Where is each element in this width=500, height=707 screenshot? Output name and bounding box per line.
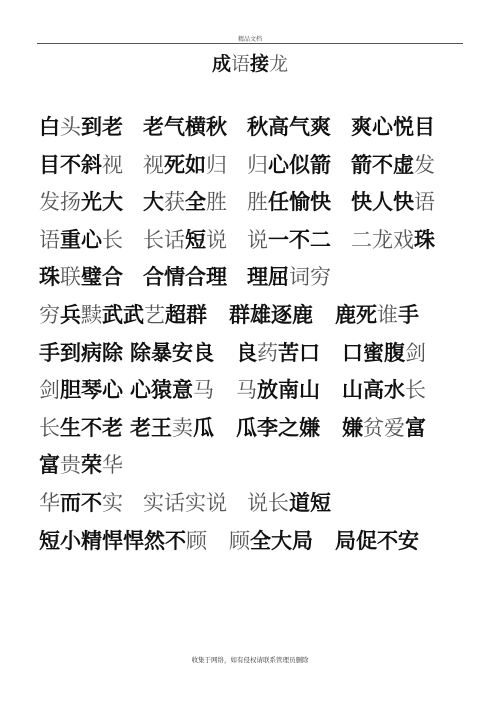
idiom: 视死如归 — [143, 153, 227, 177]
idiom: 合情合理 — [143, 265, 227, 289]
idiom-segment: 大 — [143, 190, 164, 214]
idiom-segment: 山高水 — [342, 378, 405, 402]
idiom: 实话实说 — [143, 491, 227, 515]
idiom-segment: 贫爱 — [363, 416, 405, 440]
idiom: 富贵荣华 — [39, 453, 123, 477]
idiom-segment: 华 — [102, 453, 123, 477]
idiom-segment: 实 — [102, 491, 123, 515]
idiom-segment: 剑 — [405, 341, 426, 365]
idiom-segment: 长话 — [143, 228, 185, 252]
idiom-segment: 头 — [60, 115, 81, 139]
idiom-chain-body: 白头到老老气横秋秋高气爽爽心悦目目不斜视视死如归归心似箭箭不虚发发扬光大大获全胜… — [39, 112, 469, 563]
header-rule — [37, 43, 463, 44]
title-char: 成 — [212, 53, 231, 75]
idiom-line: 穷兵黩武武艺超群群雄逐鹿鹿死谁手 — [39, 300, 469, 338]
idiom-segment: 而不 — [60, 491, 102, 515]
idiom-segment: 卖 — [172, 416, 193, 440]
idiom: 大获全胜 — [143, 190, 227, 214]
idiom-segment: 药 — [257, 341, 278, 365]
idiom-segment: 箭不虚 — [351, 153, 414, 177]
idiom-segment: 艺 — [144, 303, 165, 327]
idiom: 二龙戏珠 — [351, 228, 435, 252]
idiom-segment: 马 — [193, 378, 214, 402]
idiom: 理屈词穷 — [247, 265, 331, 289]
idiom: 发扬光大 — [39, 190, 123, 214]
idiom: 手到病除 — [39, 341, 123, 365]
idiom-segment: 发 — [414, 153, 435, 177]
idiom: 秋高气爽 — [247, 115, 331, 139]
idiom-segment: 手到病除 — [39, 341, 123, 365]
idiom-segment: 璧合 — [81, 265, 123, 289]
idiom-segment: 说 — [206, 228, 227, 252]
idiom-segment: 全大局 — [250, 529, 313, 553]
idiom: 老气横秋 — [143, 115, 227, 139]
idiom-segment: 剑 — [39, 378, 60, 402]
idiom-segment: 归 — [247, 153, 268, 177]
idiom-segment: 语 — [39, 228, 60, 252]
idiom-segment: 一不二 — [268, 228, 331, 252]
idiom-segment: 说长 — [247, 491, 289, 515]
idiom-segment: 贵 — [60, 453, 81, 477]
idiom: 快人快语 — [351, 190, 435, 214]
idiom-segment: 获 — [164, 190, 185, 214]
idiom: 长生不老 — [39, 416, 123, 440]
idiom: 马放南山 — [236, 378, 320, 402]
idiom: 瓜李之嫌 — [236, 416, 320, 440]
idiom-segment: 放南山 — [257, 378, 320, 402]
idiom-segment: 联 — [60, 265, 81, 289]
idiom: 珠联璧合 — [39, 265, 123, 289]
idiom-line: 短小精悍悍然不顾顾全大局局促不安 — [39, 526, 469, 564]
title-char: 龙 — [269, 53, 288, 75]
idiom: 归心似箭 — [247, 153, 331, 177]
idiom-line: 手到病除除暴安良良药苦口口蜜腹剑 — [39, 338, 469, 376]
idiom-segment: 心猿意 — [130, 378, 193, 402]
idiom: 心猿意马 — [130, 378, 214, 402]
idiom: 长话短说 — [143, 228, 227, 252]
idiom-segment: 黩 — [81, 303, 102, 327]
document-title: 成语接龙 — [0, 49, 500, 76]
idiom-segment: 短 — [185, 228, 206, 252]
idiom-line: 剑胆琴心心猿意马马放南山山高水长 — [39, 375, 469, 413]
idiom: 口蜜腹剑 — [342, 341, 426, 365]
idiom-segment: 瓜李之嫌 — [236, 416, 320, 440]
idiom-segment: 悍然不 — [123, 529, 186, 553]
idiom-segment: 马 — [236, 378, 257, 402]
idiom-segment: 老气横秋 — [143, 115, 227, 139]
idiom-segment: 瓜 — [193, 416, 214, 440]
idiom: 悍然不顾 — [123, 529, 207, 553]
idiom-segment: 胆琴心 — [60, 378, 123, 402]
idiom-segment: 到老 — [81, 115, 123, 139]
idiom-segment: 苦口 — [278, 341, 320, 365]
idiom: 说一不二 — [247, 228, 331, 252]
idiom-segment: 死如 — [164, 153, 206, 177]
idiom: 嫌贫爱富 — [342, 416, 426, 440]
idiom: 华而不实 — [39, 491, 123, 515]
idiom-segment: 顾 — [186, 529, 207, 553]
idiom: 局促不安 — [335, 529, 419, 553]
idiom-segment: 顾 — [229, 529, 250, 553]
idiom: 白头到老 — [39, 115, 123, 139]
idiom-segment: 说 — [247, 228, 268, 252]
idiom-segment: 全 — [185, 190, 206, 214]
idiom-segment: 目不斜 — [39, 153, 102, 177]
idiom-segment: 武 — [123, 303, 144, 327]
idiom-segment: 珠 — [39, 265, 60, 289]
idiom: 箭不虚发 — [351, 153, 435, 177]
idiom-segment: 富 — [405, 416, 426, 440]
title-char: 语 — [231, 53, 250, 75]
idiom-segment: 兵 — [60, 303, 81, 327]
page-footer-text: 收集于网络，如有侵权请联系管理员删除 — [0, 655, 500, 664]
idiom-segment: 二龙戏 — [351, 228, 414, 252]
idiom-segment: 华 — [39, 491, 60, 515]
idiom: 语重心长 — [39, 228, 123, 252]
idiom-segment: 长 — [102, 228, 123, 252]
idiom-segment: 胜 — [247, 190, 268, 214]
idiom-segment: 快人快 — [351, 190, 414, 214]
idiom-segment: 长 — [405, 378, 426, 402]
idiom-segment: 生不老 — [60, 416, 123, 440]
idiom: 目不斜视 — [39, 153, 123, 177]
idiom-line: 白头到老老气横秋秋高气爽爽心悦目 — [39, 112, 469, 150]
idiom-segment: 除暴安良 — [130, 341, 214, 365]
idiom: 说长道短 — [247, 491, 331, 515]
idiom-segment: 归 — [206, 153, 227, 177]
idiom-segment: 理屈 — [247, 265, 289, 289]
idiom-segment: 实话实说 — [143, 491, 227, 515]
idiom: 胜任愉快 — [247, 190, 331, 214]
idiom-segment: 白 — [39, 115, 60, 139]
idiom-line: 华而不实实话实说说长道短 — [39, 488, 469, 526]
idiom-segment: 长 — [39, 416, 60, 440]
idiom-segment: 珠 — [414, 228, 435, 252]
idiom-segment: 道短 — [289, 491, 331, 515]
idiom-segment: 嫌 — [342, 416, 363, 440]
idiom-line: 发扬光大大获全胜胜任愉快快人快语 — [39, 187, 469, 225]
idiom: 老王卖瓜 — [130, 416, 214, 440]
title-char: 接 — [250, 53, 269, 75]
idiom-segment: 秋高气爽 — [247, 115, 331, 139]
idiom-segment: 短小精悍 — [39, 529, 123, 553]
idiom-segment: 手 — [398, 303, 419, 327]
idiom-segment: 词穷 — [289, 265, 331, 289]
idiom: 穷兵黩武 — [39, 303, 123, 327]
idiom-segment: 荣 — [81, 453, 102, 477]
idiom-line: 富贵荣华 — [39, 450, 469, 488]
idiom-segment: 发扬 — [39, 190, 81, 214]
idiom-segment: 口蜜腹 — [342, 341, 405, 365]
idiom-segment: 视 — [143, 153, 164, 177]
idiom: 短小精悍 — [39, 529, 123, 553]
idiom-segment: 重心 — [60, 228, 102, 252]
idiom-segment: 合情合理 — [143, 265, 227, 289]
idiom: 爽心悦目 — [351, 115, 435, 139]
idiom: 除暴安良 — [130, 341, 214, 365]
idiom-segment: 爽心悦目 — [351, 115, 435, 139]
idiom-line: 语重心长长话短说说一不二二龙戏珠 — [39, 225, 469, 263]
idiom-segment: 穷 — [39, 303, 60, 327]
idiom: 山高水长 — [342, 378, 426, 402]
idiom-segment: 谁 — [377, 303, 398, 327]
idiom-line: 长生不老老王卖瓜瓜李之嫌嫌贫爱富 — [39, 413, 469, 451]
idiom-segment: 胜 — [206, 190, 227, 214]
idiom-segment: 视 — [102, 153, 123, 177]
idiom-segment: 武 — [102, 303, 123, 327]
idiom-segment: 鹿死 — [335, 303, 377, 327]
idiom-segment: 富 — [39, 453, 60, 477]
idiom: 群雄逐鹿 — [229, 303, 313, 327]
idiom-segment: 任愉快 — [268, 190, 331, 214]
page-header-text: 精品文档 — [0, 34, 500, 43]
idiom-segment: 良 — [236, 341, 257, 365]
idiom-segment: 群雄逐鹿 — [229, 303, 313, 327]
idiom-segment: 心似箭 — [268, 153, 331, 177]
idiom-segment: 局促不安 — [335, 529, 419, 553]
idiom: 顾全大局 — [229, 529, 313, 553]
idiom: 武艺超群 — [123, 303, 207, 327]
idiom-segment: 光大 — [81, 190, 123, 214]
idiom-segment: 语 — [414, 190, 435, 214]
idiom-segment: 老王 — [130, 416, 172, 440]
idiom-line: 珠联璧合合情合理理屈词穷 — [39, 262, 469, 300]
idiom: 良药苦口 — [236, 341, 320, 365]
idiom: 剑胆琴心 — [39, 378, 123, 402]
idiom-segment: 超群 — [165, 303, 207, 327]
idiom: 鹿死谁手 — [335, 303, 419, 327]
idiom-line: 目不斜视视死如归归心似箭箭不虚发 — [39, 150, 469, 188]
